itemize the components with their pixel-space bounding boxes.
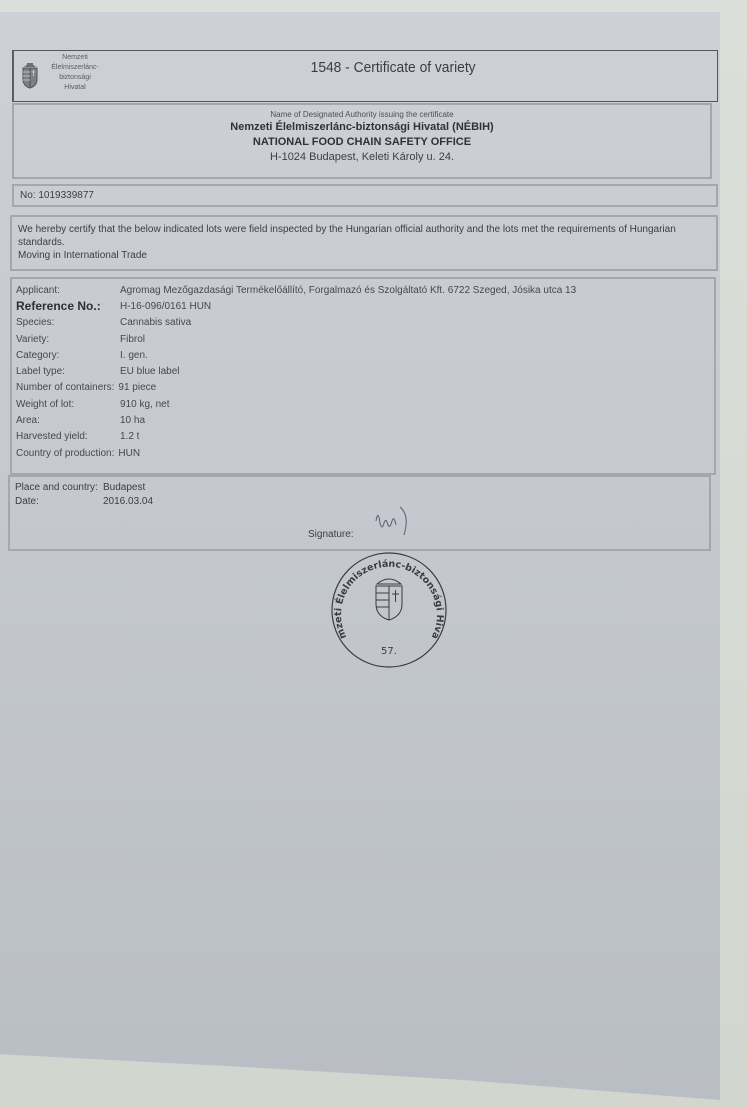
hungarian-coat-of-arms-icon xyxy=(20,61,40,89)
authority-name-hungarian: Nemzeti Élelmiszerlánc-biztonsági Hivata… xyxy=(14,121,710,133)
detail-row-species: Species: Cannabis sativa xyxy=(16,315,710,331)
detail-row-reference: Reference No.: H-16-096/0161 HUN xyxy=(16,298,710,314)
variety-label: Variety: xyxy=(16,334,120,345)
detail-row-country: Country of production: HUN xyxy=(16,445,710,461)
reference-value: H-16-096/0161 HUN xyxy=(120,301,211,312)
place-row: Place and country: Budapest xyxy=(15,480,704,494)
applicant-label: Applicant: xyxy=(16,285,120,296)
detail-row-containers: Number of containers: 91 piece xyxy=(16,380,710,396)
signature-label: Signature: xyxy=(308,529,354,540)
certification-text: We hereby certify that the below indicat… xyxy=(18,223,710,249)
country-label: Country of production: xyxy=(16,448,114,459)
detail-row-yield: Harvested yield: 1.2 t xyxy=(16,429,710,445)
containers-value: 91 piece xyxy=(118,382,156,393)
detail-row-label-type: Label type: EU blue label xyxy=(16,363,710,379)
date-row: Date: 2016.03.04 xyxy=(15,494,704,508)
yield-value: 1.2 t xyxy=(120,431,139,442)
authority-address: H-1024 Budapest, Keleti Károly u. 24. xyxy=(14,151,710,163)
lot-details-section: Applicant: Agromag Mezőgazdasági Terméke… xyxy=(10,277,716,475)
place-label: Place and country: xyxy=(15,482,103,493)
certificate-header: Nemzeti Élelmiszerlánc- biztonsági Hivat… xyxy=(12,50,718,102)
detail-row-area: Area: 10 ha xyxy=(16,412,710,428)
label-type-value: EU blue label xyxy=(120,366,179,377)
handwritten-signature-icon xyxy=(370,501,420,541)
detail-row-applicant: Applicant: Agromag Mezőgazdasági Terméke… xyxy=(16,282,710,298)
svg-text:Nemzeti Élelmiszerlánc-biztons: Nemzeti Élelmiszerlánc-biztonsági Hivata… xyxy=(327,550,445,641)
detail-row-category: Category: I. gen. xyxy=(16,347,710,363)
stamp-crest xyxy=(376,579,402,620)
area-value: 10 ha xyxy=(120,415,145,426)
logo-text-line: Hivatal xyxy=(42,83,108,93)
category-label: Category: xyxy=(16,350,120,361)
issuing-authority-section: Name of Designated Authority issuing the… xyxy=(12,103,712,179)
official-stamp-icon: Nemzeti Élelmiszerlánc-biztonsági Hivata… xyxy=(327,550,451,670)
applicant-value: Agromag Mezőgazdasági Termékelőállító, F… xyxy=(120,285,576,296)
weight-value: 910 kg, net xyxy=(120,399,169,410)
species-value: Cannabis sativa xyxy=(120,317,191,328)
detail-row-weight: Weight of lot: 910 kg, net xyxy=(16,396,710,412)
certificate-number: No: 1019339877 xyxy=(12,184,718,207)
place-value: Budapest xyxy=(103,482,145,493)
authority-caption: Name of Designated Authority issuing the… xyxy=(14,110,710,119)
issue-place-date-section: Place and country: Budapest Date: 2016.0… xyxy=(8,475,711,551)
reference-label: Reference No.: xyxy=(16,299,120,313)
stamp-ring-text: Nemzeti Élelmiszerlánc-biztonsági Hivata… xyxy=(327,550,445,641)
stamp-number: 57. xyxy=(381,646,397,657)
yield-label: Harvested yield: xyxy=(16,431,120,442)
country-value: HUN xyxy=(118,448,140,459)
category-value: I. gen. xyxy=(120,350,148,361)
species-label: Species: xyxy=(16,317,120,328)
area-label: Area: xyxy=(16,415,120,426)
certificate-page: Nemzeti Élelmiszerlánc- biztonsági Hivat… xyxy=(0,12,720,1100)
certificate-title: 1548 - Certificate of variety xyxy=(42,59,689,76)
weight-label: Weight of lot: xyxy=(16,399,120,410)
date-label: Date: xyxy=(15,496,103,507)
date-value: 2016.03.04 xyxy=(103,496,153,507)
trade-status: Moving in International Trade xyxy=(18,249,710,262)
certification-statement: We hereby certify that the below indicat… xyxy=(10,215,718,271)
variety-value: Fibrol xyxy=(120,334,145,345)
detail-row-variety: Variety: Fibrol xyxy=(16,331,710,347)
authority-name-english: NATIONAL FOOD CHAIN SAFETY OFFICE xyxy=(14,136,710,148)
label-type-label: Label type: xyxy=(16,366,120,377)
containers-label: Number of containers: xyxy=(16,382,114,393)
